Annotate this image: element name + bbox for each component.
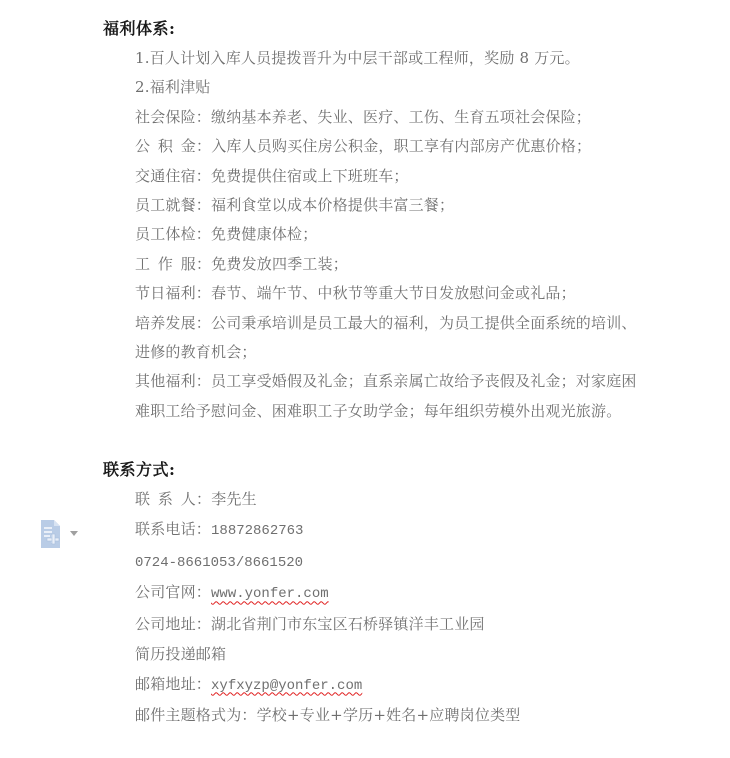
welfare-line: 员工体检：免费健康体检； [135,220,730,249]
contact-email-address: xyfxyzp@yonfer.com [211,678,362,694]
contact-address-line: 公司地址：湖北省荆门市东宝区石桥驿镇洋丰工业园 [135,610,730,640]
welfare-line: 2.福利津贴 [135,73,730,102]
contact-section: 联系方式: 联 系 人：李先生 联系电话：18872862763 0724-86… [0,455,730,731]
contact-website-url: www.yonfer.com [211,586,329,602]
welfare-line: 节日福利：春节、端午节、中秋节等重大节日发放慰问金或礼品； [135,279,730,308]
contact-address-label: 公司地址： [135,615,211,633]
contact-website-line: 公司官网：www.yonfer.com [135,578,730,610]
welfare-line: 进修的教育机会； [135,338,730,367]
contact-website-label: 公司官网： [135,583,211,601]
paste-options-button[interactable] [38,519,84,549]
welfare-line: 其他福利：员工享受婚假及礼金；直系亲属亡故给予丧假及礼金；对家庭困 [135,367,730,396]
resume-mailbox-note: 简历投递邮箱 [135,640,730,670]
email-subject-format-line: 邮件主题格式为：学校+专业+学历+姓名+应聘岗位类型 [135,701,730,731]
welfare-section: 福利体系: 1.百人计划入库人员提拨晋升为中层干部或工程师，奖励 8 万元。 2… [0,14,730,426]
contact-phone-alt-value: 0724-8661053/8661520 [135,555,303,571]
contact-address-value: 湖北省荆门市东宝区石桥驿镇洋丰工业园 [211,615,485,633]
contact-person-label: 联 系 人： [135,490,211,508]
contact-phone-label: 联系电话： [135,520,211,538]
dropdown-arrow-icon[interactable] [70,531,78,536]
welfare-line: 社会保险：缴纳基本养老、失业、医疗、工伤、生育五项社会保险； [135,103,730,132]
contact-phone-alt-line: 0724-8661053/8661520 [135,547,730,579]
welfare-line: 公 积 金：入库人员购买住房公积金，职工享有内部房产优惠价格； [135,132,730,161]
contact-person-value: 李先生 [211,490,257,508]
welfare-line: 1.百人计划入库人员提拨晋升为中层干部或工程师，奖励 8 万元。 [135,44,730,73]
contact-phone-line: 联系电话：18872862763 [135,515,730,547]
welfare-line: 培养发展：公司秉承培训是员工最大的福利，为员工提供全面系统的培训、 [135,309,730,338]
document-page: 福利体系: 1.百人计划入库人员提拨晋升为中层干部或工程师，奖励 8 万元。 2… [0,0,730,758]
contact-section-heading: 联系方式: [103,455,730,485]
contact-phone-value: 18872862763 [211,523,303,539]
welfare-section-heading: 福利体系: [103,14,730,44]
welfare-line: 难职工给予慰问金、困难职工子女助学金；每年组织劳模外出观光旅游。 [135,397,730,426]
welfare-line: 员工就餐：福利食堂以成本价格提供丰富三餐； [135,191,730,220]
contact-person-line: 联 系 人：李先生 [135,485,730,515]
welfare-line: 交通住宿：免费提供住宿或上下班班车； [135,162,730,191]
contact-email-line: 邮箱地址：xyfxyzp@yonfer.com [135,670,730,702]
paste-options-document-icon [38,519,64,553]
welfare-line: 工 作 服：免费发放四季工装； [135,250,730,279]
contact-email-label: 邮箱地址： [135,675,211,693]
